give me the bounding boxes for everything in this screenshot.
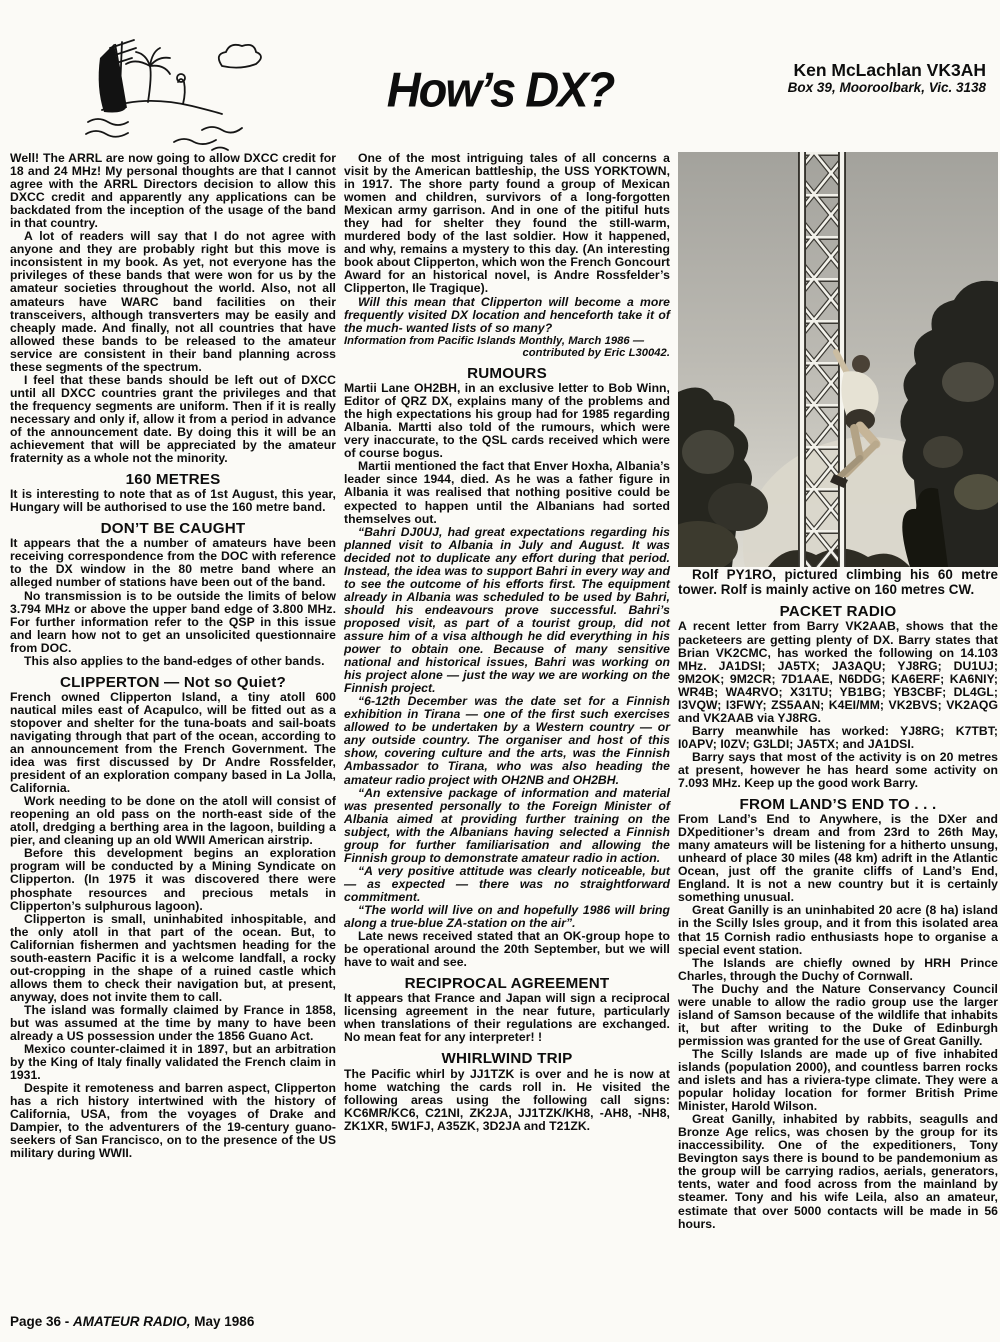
paragraph: Martii mentioned the fact that Enver Hox… [344, 460, 670, 525]
footer-magazine-title: AMATEUR RADIO, [73, 1314, 191, 1329]
article-column-3-text: PACKET RADIOA recent letter from Barry V… [678, 605, 998, 1230]
author-name: Ken McLachlan VK3AH [788, 60, 986, 80]
paragraph: Great Ganilly is an uninhabited 20 acre … [678, 904, 998, 956]
paragraph: Barry says that most of the activity is … [678, 751, 998, 790]
section-heading: DON’T BE CAUGHT [10, 522, 336, 535]
paragraph: Martii Lane OH2BH, in an exclusive lette… [344, 382, 670, 460]
section-heading: RECIPROCAL AGREEMENT [344, 977, 670, 990]
article-column-3: Rolf PY1RO, pictured climbing his 60 met… [678, 152, 998, 1231]
byline: Ken McLachlan VK3AH Box 39, Mooroolbark,… [788, 60, 986, 96]
section-heading: WHIRLWIND TRIP [344, 1052, 670, 1065]
paragraph: Will this mean that Clipperton will beco… [344, 296, 670, 335]
paragraph: This also applies to the band-edges of o… [10, 655, 336, 668]
magazine-page: { "header": { "title": "How’s DX?", "aut… [0, 0, 1000, 1342]
paragraph: Late news received stated that an OK-gro… [344, 930, 670, 969]
paragraph: Great Ganilly, inhabited by rabbits, sea… [678, 1113, 998, 1230]
paragraph: “Bahri DJ0UJ, had great expectations reg… [344, 526, 670, 696]
paragraph: Despite it remoteness and barren aspect,… [10, 1082, 336, 1160]
paragraph: It appears that the a number of amateurs… [10, 537, 336, 589]
paragraph: Clipperton is small, uninhabited inhospi… [10, 913, 336, 1004]
paragraph: The Duchy and the Nature Conservancy Cou… [678, 983, 998, 1048]
photo-caption: Rolf PY1RO, pictured climbing his 60 met… [678, 567, 998, 597]
paragraph: It appears that France and Japan will si… [344, 992, 670, 1044]
paragraph: Work needing to be done on the atoll wil… [10, 795, 336, 847]
paragraph: “6-12th December was the date set for a … [344, 695, 670, 786]
paragraph: contributed by Eric L30042. [344, 347, 670, 359]
section-heading: CLIPPERTON — Not so Quiet? [10, 676, 336, 689]
paragraph: A recent letter from Barry VK2AAB, shows… [678, 620, 998, 724]
paragraph: The Scilly Islands are made up of five i… [678, 1048, 998, 1113]
paragraph: “An extensive package of information and… [344, 787, 670, 865]
paragraph: It is interesting to note that as of 1st… [10, 488, 336, 514]
paragraph: Information from Pacific Islands Monthly… [344, 335, 670, 347]
section-heading: PACKET RADIO [678, 605, 998, 618]
paragraph: Mexico counter-claimed it in 1897, but a… [10, 1043, 336, 1082]
footer-date: May 1986 [191, 1314, 255, 1329]
paragraph: The Pacific whirl by JJ1TZK is over and … [344, 1068, 670, 1133]
section-heading: 160 METRES [10, 473, 336, 486]
author-address: Box 39, Mooroolbark, Vic. 3138 [788, 80, 986, 96]
paragraph: From Land’s End to Anywhere, is the DXer… [678, 813, 998, 904]
paragraph: Barry meanwhile has worked: YJ8RG; K7TBT… [678, 725, 998, 751]
page-footer: Page 36 - AMATEUR RADIO, May 1986 [10, 1314, 254, 1329]
paragraph: French owned Clipperton Island, a tiny a… [10, 691, 336, 795]
paragraph: One of the most intriguing tales of all … [344, 152, 670, 296]
tower-climbing-photo [678, 152, 998, 567]
footer-page-number: Page 36 - [10, 1314, 73, 1329]
paragraph: Well! The ARRL are now going to allow DX… [10, 152, 336, 230]
paragraph: The Islands are chiefly owned by HRH Pri… [678, 957, 998, 983]
article-column-2: One of the most intriguing tales of all … [344, 152, 670, 1133]
paragraph: The island was formally claimed by Franc… [10, 1004, 336, 1043]
section-heading: RUMOURS [344, 367, 670, 380]
paragraph: I feel that these bands should be left o… [10, 374, 336, 465]
paragraph: “The world will live on and hopefully 19… [344, 904, 670, 930]
article-column-1: Well! The ARRL are now going to allow DX… [10, 152, 336, 1161]
section-heading: FROM LAND’S END TO . . . [678, 798, 998, 811]
paragraph: “A very positive attitude was clearly no… [344, 865, 670, 904]
paragraph: A lot of readers will say that I do not … [10, 230, 336, 374]
paragraph: No transmission is to be outside the lim… [10, 590, 336, 655]
paragraph: Before this development begins an explor… [10, 847, 336, 912]
